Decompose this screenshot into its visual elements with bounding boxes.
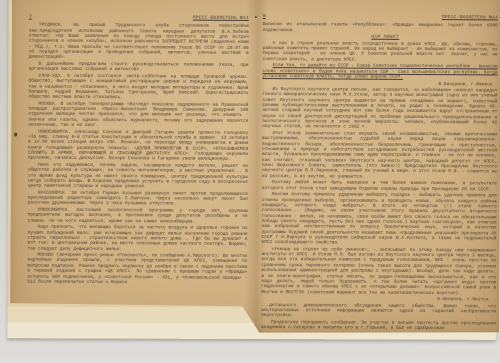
left-page-number: 7	[29, 15, 32, 20]
paragraph: НОВОСИБИРСК. Настоящей экологической про…	[28, 208, 248, 225]
left-running-header: 7 ПРЕСС-БЮЛЛЕТЕНЬ №14	[29, 15, 249, 22]
paragraph: МОСКВА. В октябре телепрограмма «Взгляд»…	[28, 101, 248, 129]
paragraph: ТРУДЯНСК. На призыв Трудянского клуба ст…	[29, 23, 249, 62]
paragraph: УЛАН-УДЭ. 6 октября состоялся смотр-субб…	[28, 73, 248, 101]
closing-paragraph: Предлагаем передавать сообщения. За учас…	[261, 320, 496, 332]
document-photo: 7 ПРЕСС-БЮЛЛЕТЕНЬ №14 ТРУДЯНСК. На призы…	[0, 0, 500, 363]
right-page: 8 ПРЕСС-БЮЛЛЕТЕНЬ №14 Выписки из итальян…	[261, 14, 498, 333]
letter-paragraph-underlined: Если так, то давайте из СССР - Союза Сов…	[262, 63, 497, 80]
right-page-number: 8	[263, 14, 266, 19]
right-running-header: 8 ПРЕСС-БЮЛЛЕТЕНЬ №14	[263, 14, 498, 21]
continued-paragraph: Выписки из итальянской газеты «Репубблик…	[263, 22, 498, 34]
left-page: 7 ПРЕСС-БЮЛЛЕТЕНЬ №14 ТРУДЯНСК. На призы…	[27, 15, 249, 288]
paragraph: МОСКВА (вечерняя пресс-ревью «Гласность»…	[27, 253, 247, 286]
paragraph: КРАСНОЯРСК. 10 октября Герман Кузьмин ра…	[28, 190, 248, 207]
paragraph: НОВОСИБИРСК. Александр Соколов и Дмитрий…	[28, 129, 248, 162]
letter-paragraph: Этот Усков знаменательно стал внушать св…	[262, 131, 497, 181]
closing-paragraph: ...детального демократического обсуждени…	[261, 303, 496, 320]
letter-paragraph: У нас в стране реальная власть сосредото…	[263, 41, 498, 64]
left-bulletin-title: ПРЕСС-БЮЛЛЕТЕНЬ №14	[193, 16, 249, 22]
paragraph: В дальнейшем предлагаем строго руководст…	[29, 62, 249, 74]
paper-speck	[14, 133, 17, 137]
right-bulletin-title: ПРЕСС-БЮЛЛЕТЕНЬ №14	[442, 15, 498, 21]
letter-paragraph: Поэтому любой может быть наверное и тем …	[262, 180, 497, 192]
bulletin-spread: 7 ПРЕСС-БЮЛЛЕТЕНЬ №14 ТРУДЯНСК. На призы…	[10, 0, 500, 336]
paper-speck	[255, 16, 257, 18]
letter-paragraph: «Ученые не строят из себя умников», - за…	[261, 247, 496, 297]
paragraph: Ныне это задумаемся, почему задачи, каса…	[28, 162, 248, 190]
letter-paragraph: Многим поэтому пришлось ударникам выбира…	[261, 192, 496, 247]
paragraph: Надо признать, что желающих бороться за …	[27, 225, 247, 253]
letter-paragraph: Из Якутского научного центра письмо, как…	[262, 87, 497, 131]
